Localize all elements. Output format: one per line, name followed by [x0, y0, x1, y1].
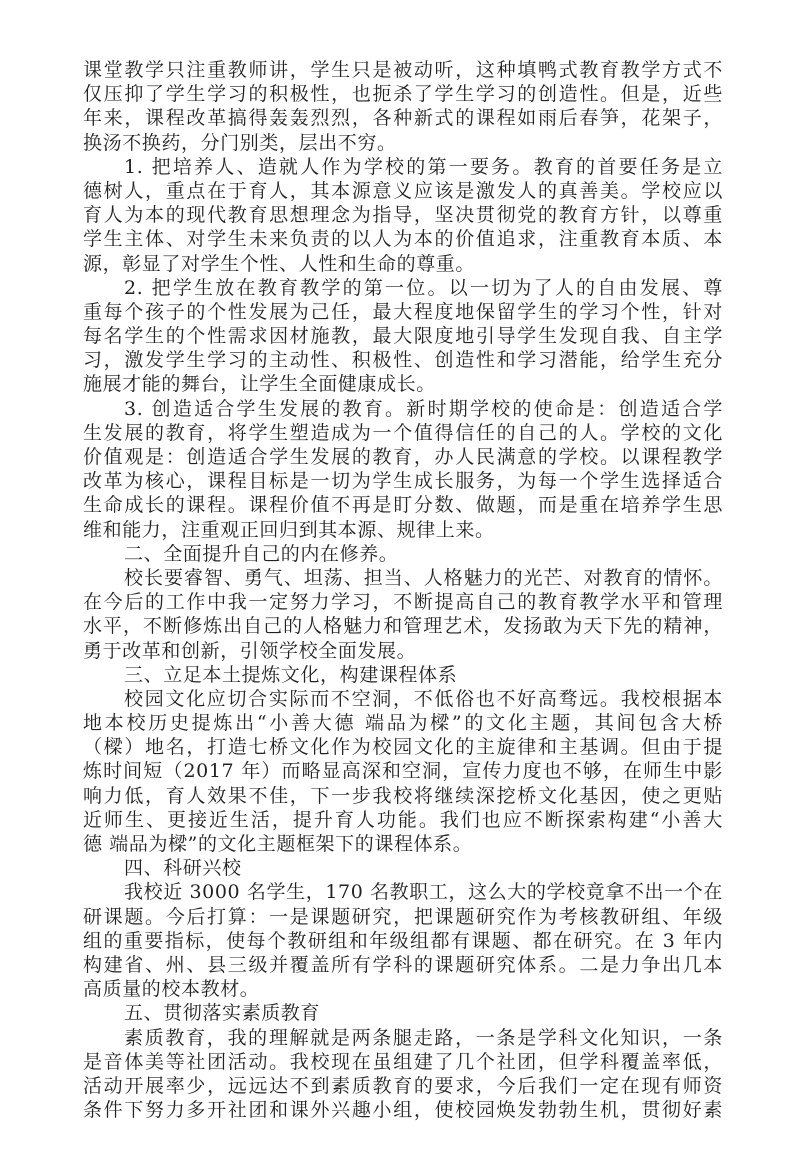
- text-line: 3. 创造适合学生发展的教育。新时期学校的使命是：创造适合学: [83, 397, 723, 421]
- text-line: 条件下努力多开社团和课外兴趣小组，使校园焕发勃勃生机，贯彻好素: [83, 1098, 723, 1122]
- text-line: 2. 把学生放在教育教学的第一位。以一切为了人的自由发展、尊: [83, 276, 723, 300]
- text-line: 素质教育，我的理解就是两条腿走路，一条是学科文化知识，一条: [83, 1026, 723, 1050]
- document-page: 课堂教学只注重教师讲，学生只是被动听，这种填鸭式教育教学方式不仅压抑了学生学习的…: [0, 0, 800, 1168]
- text-line: 德 端品为樑”的文化主题框架下的课程体系。: [83, 832, 723, 856]
- text-line: 年来，课程改革搞得轰轰烈烈，各种新式的课程如雨后春笋，花架子，: [83, 106, 723, 130]
- text-line: 生发展的教育，将学生塑造成为一个值得信任的自己的人。学校的文化: [83, 421, 723, 445]
- paragraph: 我校近 3000 名学生，170 名教职工，这么大的学校竟拿不出一个在研课题。今…: [83, 880, 723, 1001]
- text-line: 校园文化应切合实际而不空洞，不低俗也不好高骛远。我校根据本: [83, 687, 723, 711]
- text-line: 施展才能的舞台，让学生全面健康成长。: [83, 372, 723, 396]
- paragraph: 2. 把学生放在教育教学的第一位。以一切为了人的自由发展、尊重每个孩子的个性发展…: [83, 276, 723, 397]
- text-line: 响力低，育人效果不佳，下一步我校将继续深挖桥文化基因，使之更贴: [83, 784, 723, 808]
- text-line: 维和能力，注重观正回归到其本源、规律上来。: [83, 518, 723, 542]
- text-line: 改革为核心，课程目标是一切为学生成长服务，为每一个学生选择适合: [83, 469, 723, 493]
- text-line: 研课题。今后打算：一是课题研究，把课题研究作为考核教研组、年级: [83, 905, 723, 929]
- text-line: 校长要睿智、勇气、坦荡、担当、人格魅力的光芒、对教育的情怀。: [83, 566, 723, 590]
- section-heading: 五、贯彻落实素质教育: [83, 1001, 723, 1025]
- section-heading: 三、立足本土提炼文化，构建课程体系: [83, 663, 723, 687]
- paragraph: 课堂教学只注重教师讲，学生只是被动听，这种填鸭式教育教学方式不仅压抑了学生学习的…: [83, 58, 723, 155]
- text-line: 育人为本的现代教育思想理念为指导，坚决贯彻党的教育方针，以尊重: [83, 203, 723, 227]
- text-line: 勇于改革和创新，引领学校全面发展。: [83, 639, 723, 663]
- section-heading: 四、科研兴校: [83, 856, 723, 880]
- text-line: 重每个孩子的个性发展为己任，最大程度地保留学生的学习个性，针对: [83, 300, 723, 324]
- paragraph: 1. 把培养人、造就人作为学校的第一要务。教育的首要任务是立德树人，重点在于育人…: [83, 155, 723, 276]
- text-line: 价值观是：创造适合学生发展的教育，办人民满意的学校。以课程教学: [83, 445, 723, 469]
- text-line: 活动开展率少，远远达不到素质教育的要求，今后我们一定在现有师资: [83, 1074, 723, 1098]
- text-line: 五、贯彻落实素质教育: [83, 1001, 723, 1025]
- text-line: 学生主体、对学生未来负责的以人为本的价值追求，注重教育本质、本: [83, 227, 723, 251]
- text-line: 我校近 3000 名学生，170 名教职工，这么大的学校竟拿不出一个在: [83, 880, 723, 904]
- text-line: 四、科研兴校: [83, 856, 723, 880]
- text-line: 换汤不换药，分门别类，层出不穷。: [83, 131, 723, 155]
- text-line: 近师生、更接近生活，提升育人功能。我们也应不断探索构建“小善大: [83, 808, 723, 832]
- paragraph: 素质教育，我的理解就是两条腿走路，一条是学科文化知识，一条是音体美等社团活动。我…: [83, 1026, 723, 1123]
- text-line: 在今后的工作中我一定努力学习，不断提高自己的教育教学水平和管理: [83, 590, 723, 614]
- text-line: 习，激发学生学习的主动性、积极性、创造性和学习潜能，给学生充分: [83, 348, 723, 372]
- section-heading: 二、全面提升自己的内在修养。: [83, 542, 723, 566]
- paragraph: 3. 创造适合学生发展的教育。新时期学校的使命是：创造适合学生发展的教育，将学生…: [83, 397, 723, 542]
- text-line: 组的重要指标，使每个教研组和年级组都有课题、都在研究。在 3 年内: [83, 929, 723, 953]
- text-line: 地本校历史提炼出“小善大德 端品为樑”的文化主题，其间包含大桥: [83, 711, 723, 735]
- text-line: 源，彰显了对学生个性、人性和生命的尊重。: [83, 252, 723, 276]
- text-line: 课堂教学只注重教师讲，学生只是被动听，这种填鸭式教育教学方式不: [83, 58, 723, 82]
- text-line: 是音体美等社团活动。我校现在虽组建了几个社团，但学科覆盖率低，: [83, 1050, 723, 1074]
- paragraph: 校园文化应切合实际而不空洞，不低俗也不好高骛远。我校根据本地本校历史提炼出“小善…: [83, 687, 723, 856]
- text-line: 二、全面提升自己的内在修养。: [83, 542, 723, 566]
- text-line: 三、立足本土提炼文化，构建课程体系: [83, 663, 723, 687]
- paragraph: 校长要睿智、勇气、坦荡、担当、人格魅力的光芒、对教育的情怀。在今后的工作中我一定…: [83, 566, 723, 663]
- text-line: 德树人，重点在于育人，其本源意义应该是激发人的真善美。学校应以: [83, 179, 723, 203]
- text-line: 生命成长的课程。课程价值不再是盯分数、做题，而是重在培养学生思: [83, 493, 723, 517]
- text-line: 仅压抑了学生学习的积极性，也扼杀了学生学习的创造性。但是，近些: [83, 82, 723, 106]
- text-line: 高质量的校本教材。: [83, 977, 723, 1001]
- text-line: 每名学生的个性需求因材施教，最大限度地引导学生发现自我、自主学: [83, 324, 723, 348]
- document-body: 课堂教学只注重教师讲，学生只是被动听，这种填鸭式教育教学方式不仅压抑了学生学习的…: [83, 58, 723, 1122]
- text-line: （樑）地名，打造七桥文化作为校园文化的主旋律和主基调。但由于提: [83, 735, 723, 759]
- text-line: 水平，不断修炼出自己的人格魅力和管理艺术，发扬敢为天下先的精神，: [83, 614, 723, 638]
- text-line: 炼时间短（2017 年）而略显高深和空洞，宣传力度也不够，在师生中影: [83, 759, 723, 783]
- text-line: 构建省、州、县三级并覆盖所有学科的课题研究体系。二是力争出几本: [83, 953, 723, 977]
- text-line: 1. 把培养人、造就人作为学校的第一要务。教育的首要任务是立: [83, 155, 723, 179]
